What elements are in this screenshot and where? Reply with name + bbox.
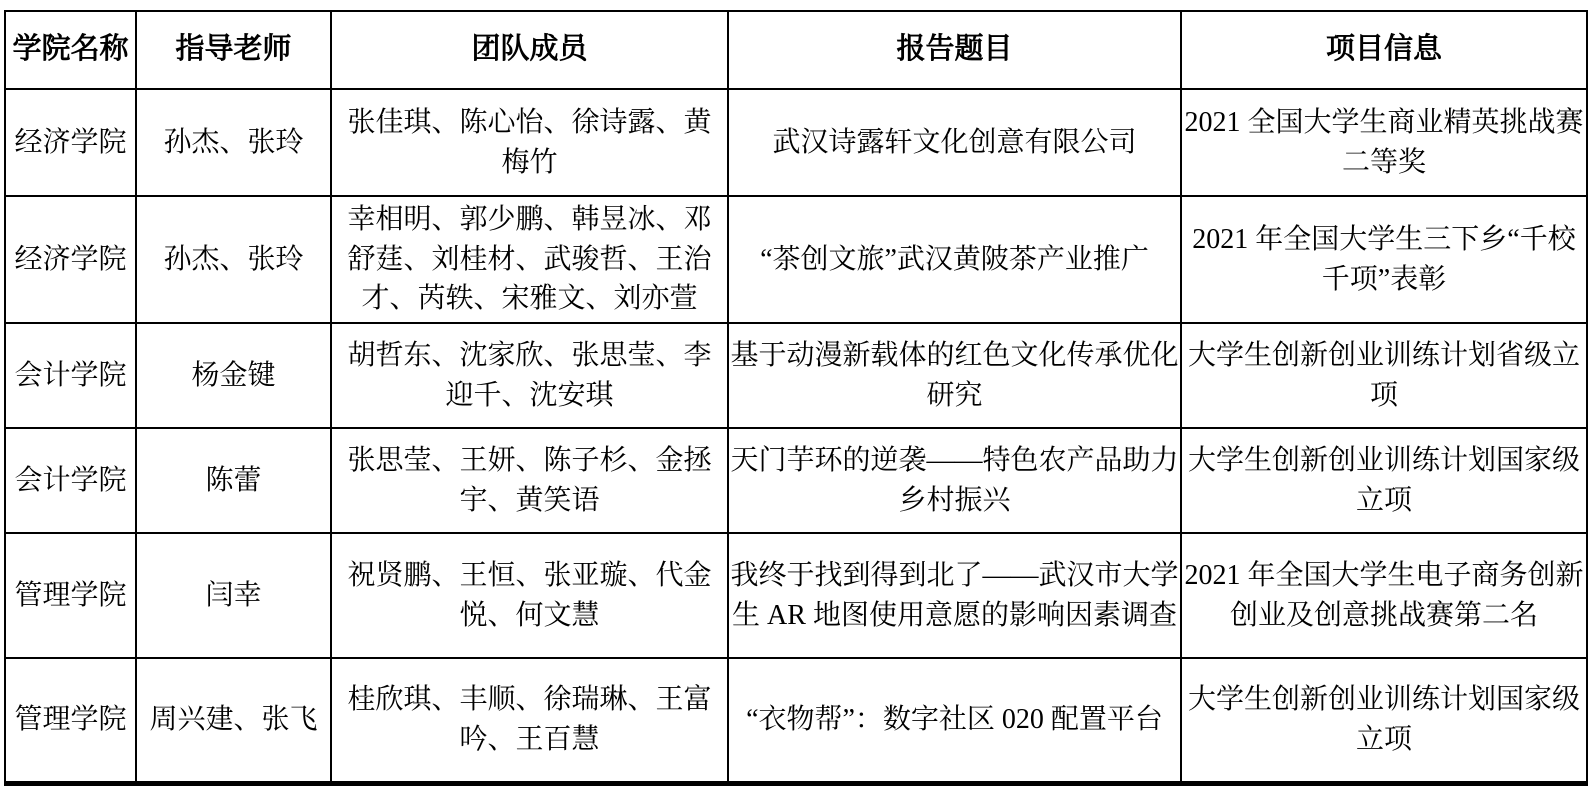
cell-title: 基于动漫新载体的红色文化传承优化研究 [728, 323, 1181, 428]
cell-title: 武汉诗露轩文化创意有限公司 [728, 89, 1181, 196]
cell-project: 2021 年全国大学生三下乡“千校千项”表彰 [1181, 196, 1587, 323]
cell-project: 大学生创新创业训练计划国家级立项 [1181, 428, 1587, 533]
cell-college: 会计学院 [5, 323, 136, 428]
cell-project: 大学生创新创业训练计划国家级立项 [1181, 658, 1587, 783]
table-row: 会计学院 杨金键 胡哲东、沈家欣、张思莹、李迎千、沈安琪 基于动漫新载体的红色文… [5, 323, 1587, 428]
column-header-advisor: 指导老师 [136, 11, 331, 89]
cell-college: 会计学院 [5, 428, 136, 533]
cell-college: 经济学院 [5, 196, 136, 323]
cell-project: 大学生创新创业训练计划省级立项 [1181, 323, 1587, 428]
cell-members: 祝贤鹏、王恒、张亚璇、代金悦、何文慧 [331, 533, 728, 658]
table-row: 经济学院 孙杰、张玲 幸相明、郭少鹏、韩昱冰、邓舒莛、刘桂材、武骏哲、王治才、芮… [5, 196, 1587, 323]
header-row: 学院名称 指导老师 团队成员 报告题目 项目信息 [5, 11, 1587, 89]
column-header-college: 学院名称 [5, 11, 136, 89]
student-awards-table: 学院名称 指导老师 团队成员 报告题目 项目信息 经济学院 孙杰、张玲 张佳琪、… [4, 10, 1588, 786]
cell-members: 张佳琪、陈心怡、徐诗露、黄梅竹 [331, 89, 728, 196]
cell-advisor: 孙杰、张玲 [136, 89, 331, 196]
cell-project: 2021 全国大学生商业精英挑战赛二等奖 [1181, 89, 1587, 196]
table-row: 会计学院 陈蕾 张思莹、王妍、陈子杉、金拯宇、黄笑语 天门芋环的逆袭——特色农产… [5, 428, 1587, 533]
table-row: 经济学院 孙杰、张玲 张佳琪、陈心怡、徐诗露、黄梅竹 武汉诗露轩文化创意有限公司… [5, 89, 1587, 196]
column-header-title: 报告题目 [728, 11, 1181, 89]
cell-project: 2021 年全国大学生电子商务创新创业及创意挑战赛第二名 [1181, 533, 1587, 658]
column-header-members: 团队成员 [331, 11, 728, 89]
cell-advisor: 周兴建、张飞 [136, 658, 331, 783]
cell-members: 桂欣琪、丰顺、徐瑞琳、王富吟、王百慧 [331, 658, 728, 783]
cell-title: “衣物帮”：数字社区 020 配置平台 [728, 658, 1181, 783]
cell-college: 管理学院 [5, 658, 136, 783]
cell-advisor: 杨金键 [136, 323, 331, 428]
cell-college: 经济学院 [5, 89, 136, 196]
cell-members: 幸相明、郭少鹏、韩昱冰、邓舒莛、刘桂材、武骏哲、王治才、芮轶、宋雅文、刘亦萱 [331, 196, 728, 323]
cell-title: “茶创文旅”武汉黄陂茶产业推广 [728, 196, 1181, 323]
cell-advisor: 孙杰、张玲 [136, 196, 331, 323]
cell-members: 胡哲东、沈家欣、张思莹、李迎千、沈安琪 [331, 323, 728, 428]
cell-members: 张思莹、王妍、陈子杉、金拯宇、黄笑语 [331, 428, 728, 533]
document-page: 学院名称 指导老师 团队成员 报告题目 项目信息 经济学院 孙杰、张玲 张佳琪、… [0, 0, 1590, 799]
cell-advisor: 陈蕾 [136, 428, 331, 533]
table-row: 管理学院 周兴建、张飞 桂欣琪、丰顺、徐瑞琳、王富吟、王百慧 “衣物帮”：数字社… [5, 658, 1587, 783]
column-header-project: 项目信息 [1181, 11, 1587, 89]
table-row: 管理学院 闫幸 祝贤鹏、王恒、张亚璇、代金悦、何文慧 我终于找到得到北了——武汉… [5, 533, 1587, 658]
cell-title: 天门芋环的逆袭——特色农产品助力乡村振兴 [728, 428, 1181, 533]
cell-advisor: 闫幸 [136, 533, 331, 658]
cell-title: 我终于找到得到北了——武汉市大学生 AR 地图使用意愿的影响因素调查 [728, 533, 1181, 658]
cell-college: 管理学院 [5, 533, 136, 658]
